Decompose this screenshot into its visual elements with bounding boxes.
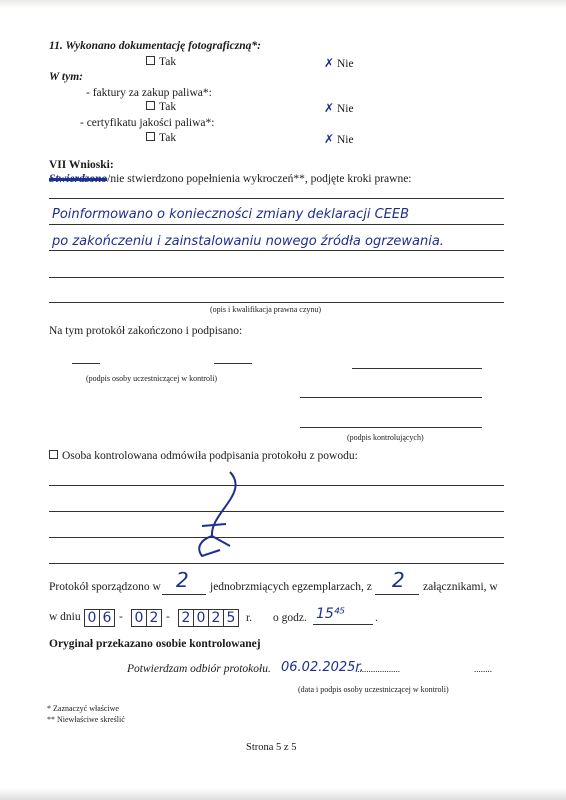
option-tak-certificate[interactable]: Tak bbox=[146, 132, 176, 144]
year-suffix: r. bbox=[246, 612, 252, 624]
original-title: Oryginał przekazano osobie kontrolowanej bbox=[49, 638, 261, 650]
checkbox-icon bbox=[146, 56, 155, 65]
x-mark-icon: ✗ bbox=[324, 132, 334, 146]
struck-word: Stwierdzono bbox=[49, 173, 107, 185]
participant-signature-line-a bbox=[72, 363, 100, 364]
answer-line-5 bbox=[49, 302, 504, 303]
copies-value[interactable]: 2 bbox=[176, 568, 189, 592]
refusal-line-1 bbox=[49, 485, 504, 486]
refusal-line-2 bbox=[49, 511, 504, 512]
answer-line-3 bbox=[49, 250, 504, 251]
time-label: o godz. bbox=[273, 612, 307, 624]
wnioski-caption: (opis i kwalifikacja prawna czynu) bbox=[210, 305, 321, 314]
footnote-2: ** Niewłaściwe skreślić bbox=[47, 715, 125, 724]
protocol-middle: jednobrzmiących egzemplarzach, z bbox=[210, 581, 372, 593]
attachments-line bbox=[375, 594, 419, 595]
w-tym-label: W tym: bbox=[49, 71, 83, 83]
signing-intro: Na tym protokół zakończono i podpisano: bbox=[49, 325, 242, 337]
section-11-title: 11. Wykonano dokumentację fotograficzną*… bbox=[49, 40, 261, 52]
date-label: w dniu bbox=[49, 611, 81, 623]
checkbox-icon bbox=[146, 101, 155, 110]
protocol-prefix: Protokół sporządzono w bbox=[49, 581, 161, 593]
option-nie-photo[interactable]: ✗ Nie bbox=[324, 56, 354, 70]
page-number: Strona 5 z 5 bbox=[246, 742, 296, 753]
answer-line-4 bbox=[49, 277, 504, 278]
inspector-signature-line-2 bbox=[300, 397, 482, 398]
checkbox-icon bbox=[146, 132, 155, 141]
confirm-dots: .................... bbox=[355, 664, 400, 674]
handwritten-conclusion-2: po zakończeniu i zainstalowaniu nowego ź… bbox=[52, 234, 444, 249]
handwritten-z-strike bbox=[190, 468, 250, 558]
option-nie-certificate[interactable]: ✗ Nie bbox=[324, 132, 354, 146]
month-digit-2[interactable]: 2 bbox=[146, 609, 162, 627]
wnioski-intro: Stwierdzono/nie stwierdzono popełnienia … bbox=[49, 173, 412, 185]
refusal-line-4 bbox=[49, 563, 504, 564]
participant-signature-caption: (podpis osoby uczestniczącej w kontroli) bbox=[86, 374, 217, 383]
inspectors-caption: (podpis kontrolujących) bbox=[347, 433, 424, 442]
day-digit-2[interactable]: 6 bbox=[99, 609, 115, 627]
document-page: 11. Wykonano dokumentację fotograficzną*… bbox=[0, 0, 566, 800]
date-separator: - bbox=[119, 611, 123, 623]
protocol-suffix: załącznikami, w bbox=[423, 581, 498, 593]
date-separator: - bbox=[166, 611, 170, 623]
time-line bbox=[313, 624, 373, 625]
month-digit-1[interactable]: 0 bbox=[131, 609, 147, 627]
answer-line-2 bbox=[49, 224, 504, 225]
sub1-label: - faktury za zakup paliwa*: bbox=[86, 87, 212, 99]
wnioski-title: VII Wnioski: bbox=[49, 159, 114, 171]
year-digit-4[interactable]: 5 bbox=[223, 609, 239, 627]
year-digit-1[interactable]: 2 bbox=[178, 609, 194, 627]
copies-line bbox=[162, 594, 206, 595]
participant-signature-line-b bbox=[214, 363, 252, 364]
option-tak-invoices[interactable]: Tak bbox=[146, 101, 176, 113]
time-value[interactable]: 15⁴⁵ bbox=[316, 606, 345, 622]
year-digit-2[interactable]: 0 bbox=[193, 609, 209, 627]
signature-dots: ........ bbox=[474, 664, 492, 674]
checkbox-icon bbox=[49, 450, 58, 459]
confirm-date[interactable]: 06.02.2025r. bbox=[281, 660, 364, 675]
refusal-option[interactable]: Osoba kontrolowana odmówiła podpisania p… bbox=[49, 450, 358, 462]
handwritten-conclusion-1: Poinformowano o konieczności zmiany dekl… bbox=[52, 207, 409, 222]
x-mark-icon: ✗ bbox=[324, 101, 334, 115]
confirm-label: Potwierdzam odbiór protokołu. bbox=[127, 663, 271, 675]
inspector-signature-line-3 bbox=[300, 427, 482, 428]
day-digit-1[interactable]: 0 bbox=[84, 609, 100, 627]
time-end: . bbox=[375, 612, 378, 624]
x-mark-icon: ✗ bbox=[324, 56, 334, 70]
inspector-signature-line-1 bbox=[352, 368, 482, 369]
option-nie-invoices[interactable]: ✗ Nie bbox=[324, 101, 354, 115]
sub2-label: - certyfikatu jakości paliwa*: bbox=[80, 117, 214, 129]
option-tak-photo[interactable]: Tak bbox=[146, 56, 176, 68]
original-caption: (data i podpis osoby uczestniczącej w ko… bbox=[298, 685, 449, 694]
attachments-value[interactable]: 2 bbox=[392, 568, 405, 592]
answer-line-1 bbox=[49, 198, 504, 199]
footnote-1: * Zaznaczyć właściwe bbox=[47, 704, 119, 713]
year-digit-3[interactable]: 2 bbox=[208, 609, 224, 627]
refusal-line-3 bbox=[49, 537, 504, 538]
